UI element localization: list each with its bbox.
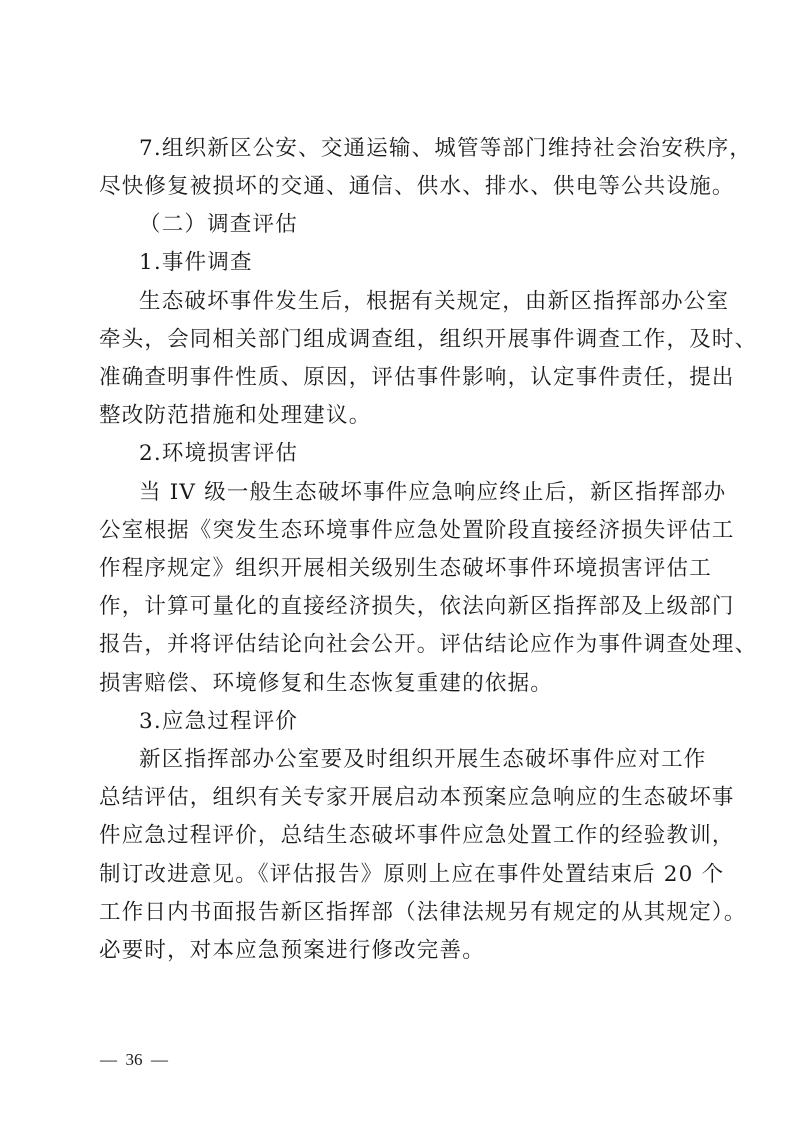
text-line: 生态破坏事件发生后，根据有关规定，由新区指挥部办公室	[139, 289, 739, 315]
section-heading: （二）调查评估	[139, 212, 739, 238]
text-line: 整改防范措施和处理建议。	[99, 403, 699, 429]
text-line: 牵头，会同相关部门组成调查组，组织开展事件调查工作，及时、	[99, 327, 699, 353]
text-line: 报告，并将评估结论向社会公开。评估结论应作为事件调查处理、	[99, 632, 699, 658]
text-line: 作，计算可量化的直接经济损失，依法向新区指挥部及上级部门	[99, 594, 699, 620]
text-line: 作程序规定》组织开展相关级别生态破坏事件环境损害评估工	[99, 556, 699, 582]
text-line: 损害赔偿、环境修复和生态恢复重建的依据。	[99, 671, 699, 697]
text-line: 新区指挥部办公室要及时组织开展生态破坏事件应对工作	[139, 747, 739, 773]
text-line: 必要时，对本应急预案进行修改完善。	[99, 938, 699, 964]
subsection-heading: 2.环境损害评估	[139, 441, 739, 467]
text-line: 7.组织新区公安、交通运输、城管等部门维持社会治安秩序，	[139, 136, 739, 162]
text-line: 尽快修复被损坏的交通、通信、供水、排水、供电等公共设施。	[99, 174, 699, 200]
document-page: 7.组织新区公安、交通运输、城管等部门维持社会治安秩序， 尽快修复被损坏的交通、…	[0, 0, 793, 1121]
subsection-heading: 1.事件调查	[139, 250, 739, 276]
subsection-heading: 3.应急过程评价	[139, 709, 739, 735]
text-line: 当 IV 级一般生态破坏事件应急响应终止后，新区指挥部办	[139, 480, 739, 506]
text-line: 准确查明事件性质、原因，评估事件影响，认定事件责任，提出	[99, 365, 699, 391]
page-number: — 36 —	[100, 1050, 168, 1070]
text-line: 工作日内书面报告新区指挥部（法律法规另有规定的从其规定）。	[99, 900, 699, 926]
text-line: 件应急过程评价，总结生态破坏事件应急处置工作的经验教训，	[99, 823, 699, 849]
text-line: 总结评估，组织有关专家开展启动本预案应急响应的生态破坏事	[99, 785, 699, 811]
text-line: 公室根据《突发生态环境事件应急处置阶段直接经济损失评估工	[99, 518, 699, 544]
text-line: 制订改进意见。《评估报告》原则上应在事件处置结束后 20 个	[99, 862, 699, 888]
